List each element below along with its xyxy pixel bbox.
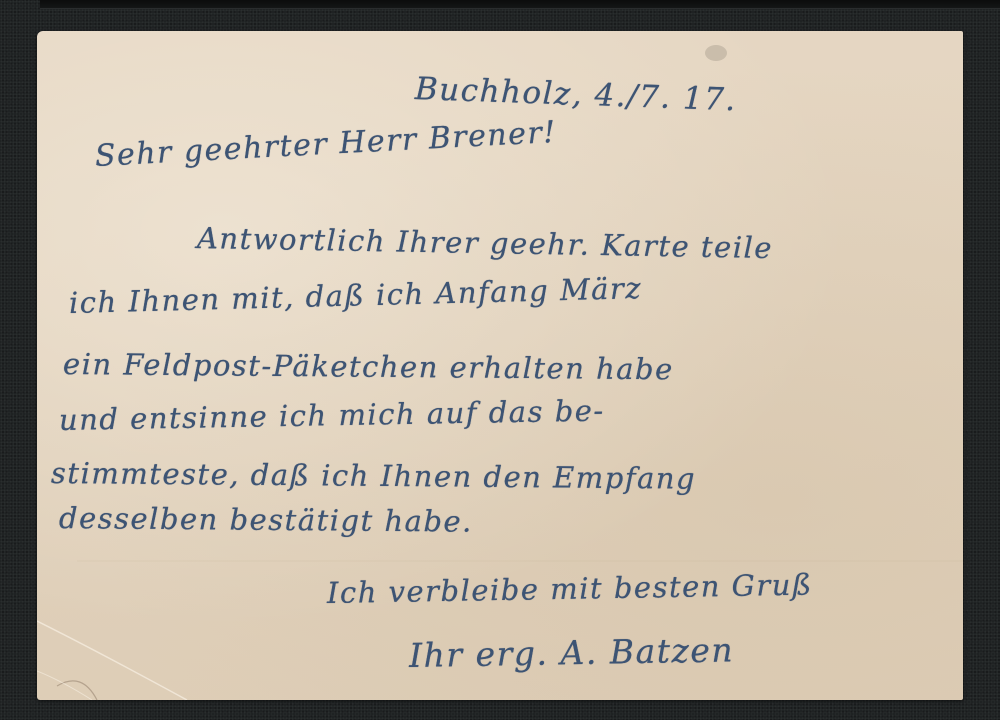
body-line-5: stimmteste, daß ich Ihnen den Empfang	[51, 456, 696, 496]
signature: Ihr erg. A. Batzen	[409, 630, 735, 675]
closing: Ich verbleibe mit besten Gruß	[327, 568, 813, 610]
perforated-edge	[958, 35, 968, 695]
salutation: Sehr geehrter Herr Brener!	[94, 115, 558, 174]
body-line-6: desselben bestätigt habe.	[59, 501, 473, 539]
postcard: Buchholz, 4./7. 17. Sehr geehrter Herr B…	[37, 31, 963, 700]
paper-smudge	[705, 45, 727, 61]
top-background-strip	[40, 0, 1000, 9]
place-date: Buchholz, 4./7. 17.	[414, 71, 737, 118]
body-line-1: Antwortlich Ihrer geehr. Karte teile	[197, 221, 774, 265]
body-line-2: ich Ihnen mit, daß ich Anfang März	[69, 271, 643, 320]
body-line-3: ein Feldpost-Päketchen erhalten habe	[63, 347, 674, 386]
body-line-4: und entsinne ich mich auf das be-	[59, 393, 605, 437]
